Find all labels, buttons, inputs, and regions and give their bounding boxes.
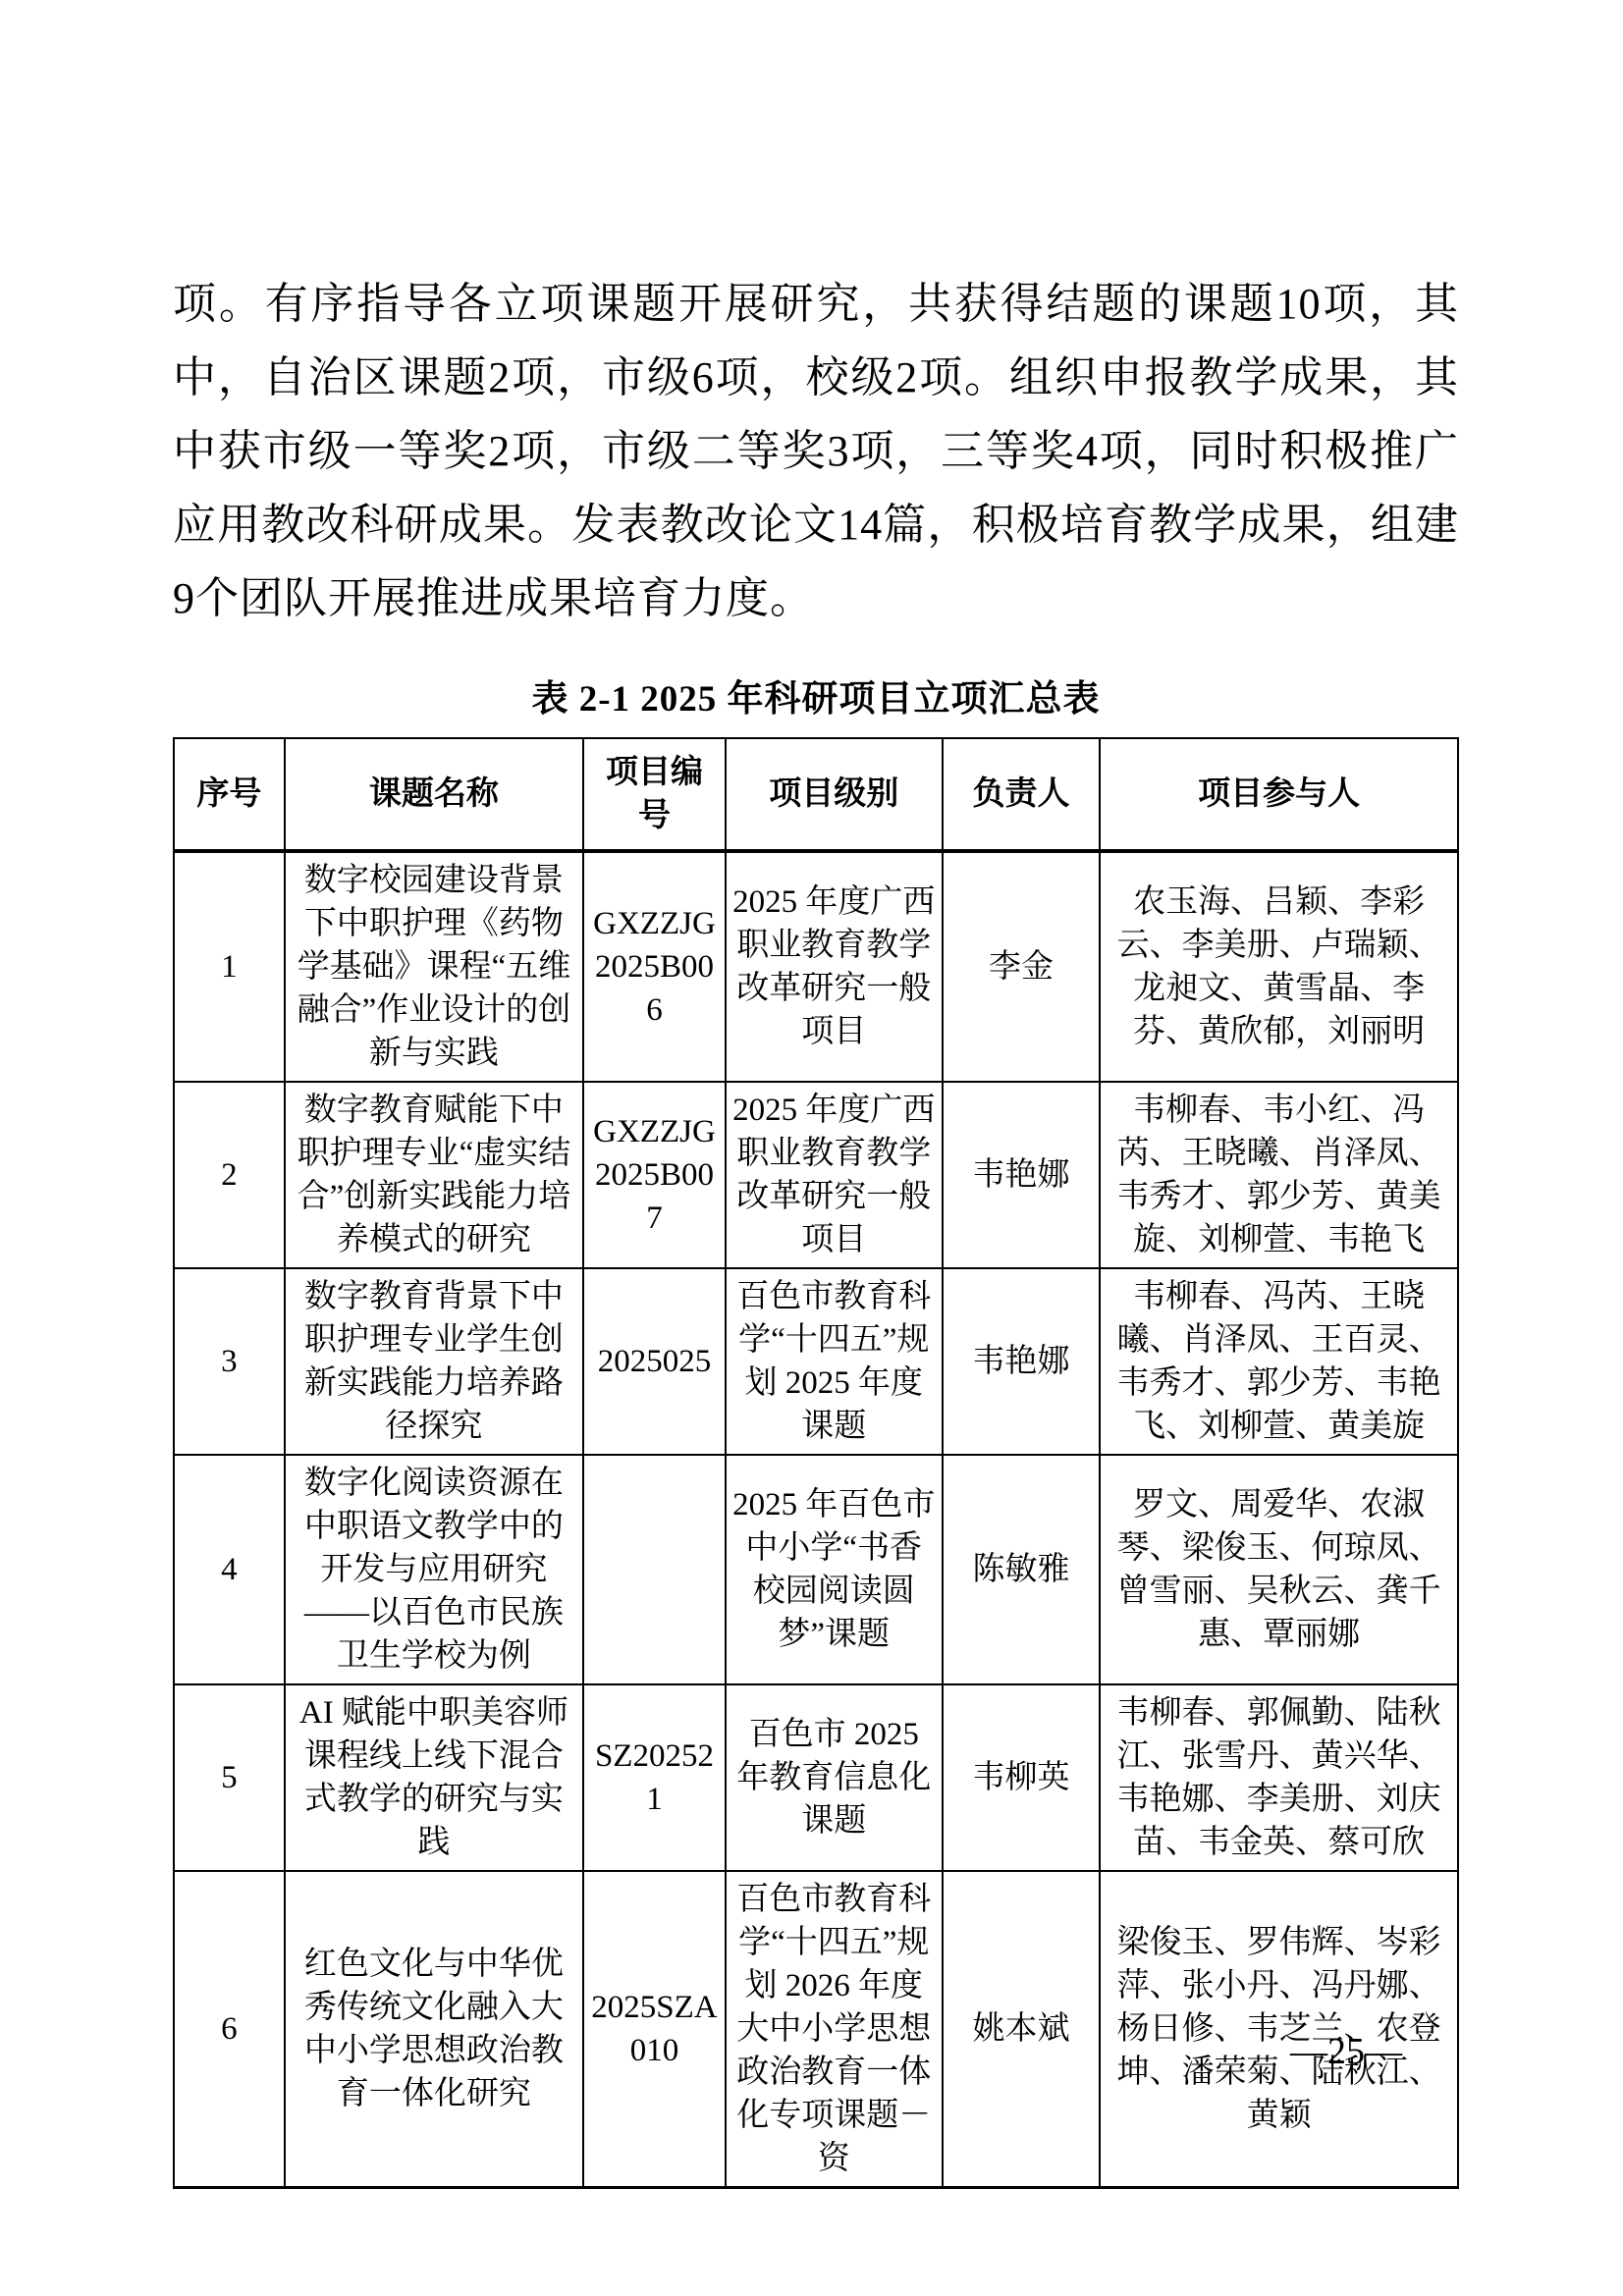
cell-leader: 姚本斌 [943,1871,1101,2188]
document-page: 项。有序指导各立项课题开展研究，共获得结题的课题10项，其中，自治区课题2项，市… [0,0,1623,2296]
cell-participants: 韦柳春、韦小红、冯芮、王晓曦、肖泽凤、韦秀才、郭少芳、黄美旋、刘柳萱、韦艳飞 [1100,1082,1458,1268]
summary-table-body: 1数字校园建设背景下中职护理《药物学基础》课程“五维融合”作业设计的创新与实践G… [174,851,1458,2188]
cell-code: GXZZJG2025B006 [583,851,726,1082]
column-header-leader: 负责人 [943,738,1101,851]
page-number: —25— [1290,2030,1402,2073]
cell-code: 2025025 [583,1268,726,1455]
cell-no: 5 [174,1684,285,1871]
cell-name: 数字教育赋能下中职护理专业“虚实结合”创新实践能力培养模式的研究 [285,1082,583,1268]
cell-no: 4 [174,1455,285,1684]
table-title: 表 2-1 2025 年科研项目立项汇总表 [173,668,1459,721]
cell-leader: 陈敏雅 [943,1455,1101,1684]
cell-code: GXZZJG2025B007 [583,1082,726,1268]
page-content: 项。有序指导各立项课题开展研究，共获得结题的课题10项，其中，自治区课题2项，市… [173,267,1459,2189]
cell-no: 3 [174,1268,285,1455]
cell-no: 1 [174,851,285,1082]
column-header-participants: 项目参与人 [1100,738,1458,851]
cell-level: 百色市教育科学“十四五”规划 2025 年度课题 [726,1268,943,1455]
cell-participants: 农玉海、吕颖、李彩云、李美册、卢瑞颖、龙昶文、黄雪晶、李芬、黄欣郁，刘丽明 [1100,851,1458,1082]
table-row: 4数字化阅读资源在中职语文教学中的开发与应用研究——以百色市民族卫生学校为例20… [174,1455,1458,1684]
cell-no: 2 [174,1082,285,1268]
cell-code: SZ202521 [583,1684,726,1871]
header-row: 序号 课题名称 项目编号 项目级别 负责人 项目参与人 [174,738,1458,851]
cell-level: 百色市 2025 年教育信息化课题 [726,1684,943,1871]
cell-code: 2025SZA010 [583,1871,726,2188]
table-row: 1数字校园建设背景下中职护理《药物学基础》课程“五维融合”作业设计的创新与实践G… [174,851,1458,1082]
cell-level: 2025 年度广西职业教育教学改革研究一般项目 [726,851,943,1082]
column-header-name: 课题名称 [285,738,583,851]
cell-name: 数字校园建设背景下中职护理《药物学基础》课程“五维融合”作业设计的创新与实践 [285,851,583,1082]
cell-code [583,1455,726,1684]
cell-level: 2025 年度广西职业教育教学改革研究一般项目 [726,1082,943,1268]
summary-table: 序号 课题名称 项目编号 项目级别 负责人 项目参与人 1数字校园建设背景下中职… [173,737,1459,2189]
table-row: 2数字教育赋能下中职护理专业“虚实结合”创新实践能力培养模式的研究GXZZJG2… [174,1082,1458,1268]
cell-level: 百色市教育科学“十四五”规划 2026 年度大中小学思想政治教育一体化专项课题－… [726,1871,943,2188]
summary-table-header: 序号 课题名称 项目编号 项目级别 负责人 项目参与人 [174,738,1458,851]
column-header-no: 序号 [174,738,285,851]
cell-participants: 罗文、周爱华、农淑琴、梁俊玉、何琼凤、曾雪丽、吴秋云、龚千惠、覃丽娜 [1100,1455,1458,1684]
table-row: 5AI 赋能中职美容师课程线上线下混合式教学的研究与实践SZ202521百色市 … [174,1684,1458,1871]
cell-name: 红色文化与中华优秀传统文化融入大中小学思想政治教育一体化研究 [285,1871,583,2188]
cell-name: 数字教育背景下中职护理专业学生创新实践能力培养路径探究 [285,1268,583,1455]
cell-no: 6 [174,1871,285,2188]
cell-name: 数字化阅读资源在中职语文教学中的开发与应用研究——以百色市民族卫生学校为例 [285,1455,583,1684]
body-paragraph: 项。有序指导各立项课题开展研究，共获得结题的课题10项，其中，自治区课题2项，市… [173,267,1459,635]
column-header-code: 项目编号 [583,738,726,851]
cell-leader: 韦艳娜 [943,1268,1101,1455]
cell-leader: 韦艳娜 [943,1082,1101,1268]
cell-level: 2025 年百色市中小学“书香校园阅读圆梦”课题 [726,1455,943,1684]
table-row: 6红色文化与中华优秀传统文化融入大中小学思想政治教育一体化研究2025SZA01… [174,1871,1458,2188]
cell-participants: 梁俊玉、罗伟辉、岑彩萍、张小丹、冯丹娜、杨日修、韦芝兰、农登坤、潘荣菊、陆秋江、… [1100,1871,1458,2188]
cell-leader: 韦柳英 [943,1684,1101,1871]
table-row: 3数字教育背景下中职护理专业学生创新实践能力培养路径探究2025025百色市教育… [174,1268,1458,1455]
cell-participants: 韦柳春、郭佩勤、陆秋江、张雪丹、黄兴华、韦艳娜、李美册、刘庆苗、韦金英、蔡可欣 [1100,1684,1458,1871]
cell-leader: 李金 [943,851,1101,1082]
cell-participants: 韦柳春、冯芮、王晓曦、肖泽凤、王百灵、韦秀才、郭少芳、韦艳飞、刘柳萱、黄美旋 [1100,1268,1458,1455]
cell-name: AI 赋能中职美容师课程线上线下混合式教学的研究与实践 [285,1684,583,1871]
column-header-level: 项目级别 [726,738,943,851]
